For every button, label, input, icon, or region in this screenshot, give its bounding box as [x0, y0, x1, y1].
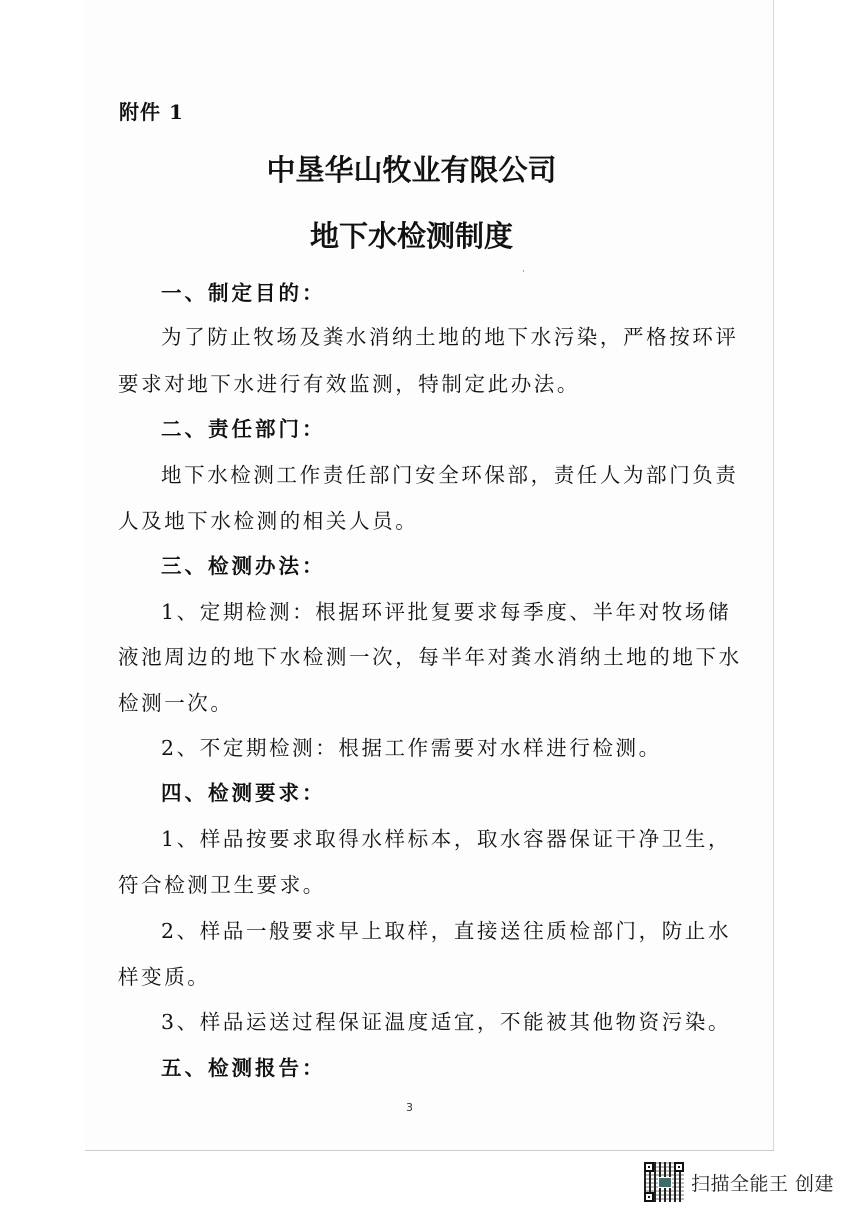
document-title: 地下水检测制度 [67, 214, 756, 255]
watermark-text: 扫描全能王 创建 [691, 1169, 834, 1196]
section-heading-purpose: 一、制定目的： [161, 276, 326, 306]
paragraph-line: 要求对地下水进行有效监测，特制定此办法。 [118, 367, 580, 397]
paragraph-line: 为了防止牧场及粪水消纳土地的地下水污染，严格按环评 [161, 320, 739, 350]
paragraph-line: 1、样品按要求取得水样标本，取水容器保证干净卫生， [161, 822, 731, 852]
page-number: 3 [65, 1101, 754, 1114]
paragraph-line: 3、样品运送过程保证温度适宜，不能被其他物资污染。 [161, 1005, 731, 1035]
qr-code-icon [644, 1162, 684, 1202]
paragraph-line: 液池周边的地下水检测一次，每半年对粪水消纳土地的地下水 [118, 640, 742, 670]
section-heading-requirements: 四、检测要求： [161, 776, 326, 806]
paragraph-line: 2、不定期检测：根据工作需要对水样进行检测。 [161, 731, 662, 761]
document-title-company: 中垦华山牧业有限公司 [67, 148, 756, 189]
section-heading-department: 二、责任部门： [161, 412, 326, 442]
scanner-watermark: 扫描全能王 创建 [644, 1162, 834, 1202]
paragraph-line: 地下水检测工作责任部门安全环保部，责任人为部门负责 [161, 458, 739, 488]
scan-speck: ˙ [521, 270, 526, 281]
paragraph-line: 样变质。 [118, 960, 210, 990]
section-heading-report: 五、检测报告： [161, 1051, 326, 1081]
paragraph-line: 2、样品一般要求早上取样，直接送往质检部门，防止水 [161, 914, 731, 944]
document-page: 附件 1 中垦华山牧业有限公司 地下水检测制度 ˙ 一、制定目的： 为了防止牧场… [85, 0, 774, 1151]
section-heading-method: 三、检测办法： [161, 549, 326, 579]
attachment-label: 附件 1 [119, 96, 184, 125]
paragraph-line: 符合检测卫生要求。 [118, 868, 326, 898]
paragraph-line: 人及地下水检测的相关人员。 [118, 504, 418, 534]
paragraph-line: 1、定期检测：根据环评批复要求每季度、半年对牧场储 [161, 595, 731, 625]
paragraph-line: 检测一次。 [118, 686, 234, 716]
